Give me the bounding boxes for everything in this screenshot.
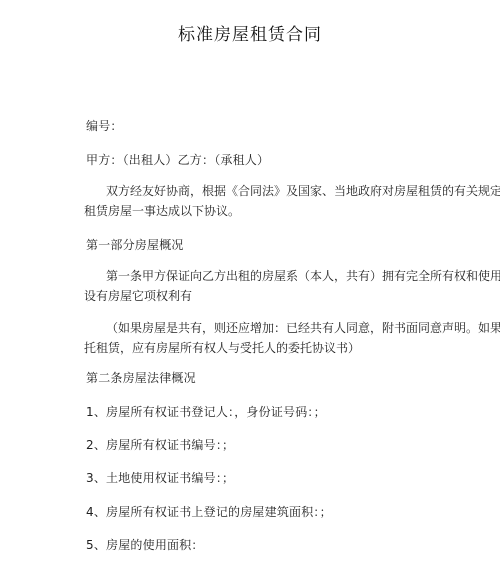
note-paragraph: （如果房屋是共有，则还应增加：已经共有人同意，附书面同意声明。如果是委 托租赁，…	[86, 318, 436, 358]
intro-paragraph: 双方经友好协商，根据《合同法》及国家、当地政府对房屋租赁的有关规定，就 租赁房屋…	[86, 181, 436, 221]
parties-line: 甲方：（出租人）乙方：（承租人）	[86, 151, 269, 168]
article1-paragraph: 第一条甲方保证向乙方出租的房屋系（本人，共有）拥有完全所有权和使用权， 设有房屋…	[86, 266, 436, 306]
article2-heading: 第二条房屋法律概况	[86, 369, 196, 386]
item-5: 5、房屋的使用面积：	[86, 536, 204, 553]
note-line-2: 托租赁，应有房屋所有权人与受托人的委托协议书）	[84, 338, 436, 358]
document-page: 标准房屋租赁合同 编号： 甲方：（出租人）乙方：（承租人） 双方经友好协商，根据…	[0, 0, 500, 565]
article1-line-1: 第一条甲方保证向乙方出租的房屋系（本人，共有）拥有完全所有权和使用权，	[86, 266, 436, 286]
intro-line-2: 租赁房屋一事达成以下协议。	[84, 201, 436, 221]
item-4: 4、房屋所有权证书上登记的房屋建筑面积：；	[86, 503, 332, 520]
part1-heading: 第一部分房屋概况	[86, 236, 184, 253]
item-2: 2、房屋所有权证书编号：；	[86, 436, 234, 453]
article1-line-2: 设有房屋它项权利有	[84, 286, 436, 306]
contract-number-label: 编号：	[86, 117, 123, 134]
document-title: 标准房屋租赁合同	[0, 20, 500, 45]
intro-line-1: 双方经友好协商，根据《合同法》及国家、当地政府对房屋租赁的有关规定，就	[86, 181, 436, 201]
item-3: 3、土地使用权证书编号：；	[86, 469, 234, 486]
item-1: 1、房屋所有权证书登记人：，身份证号码：；	[86, 403, 326, 420]
note-line-1: （如果房屋是共有，则还应增加：已经共有人同意，附书面同意声明。如果是委	[86, 318, 436, 338]
